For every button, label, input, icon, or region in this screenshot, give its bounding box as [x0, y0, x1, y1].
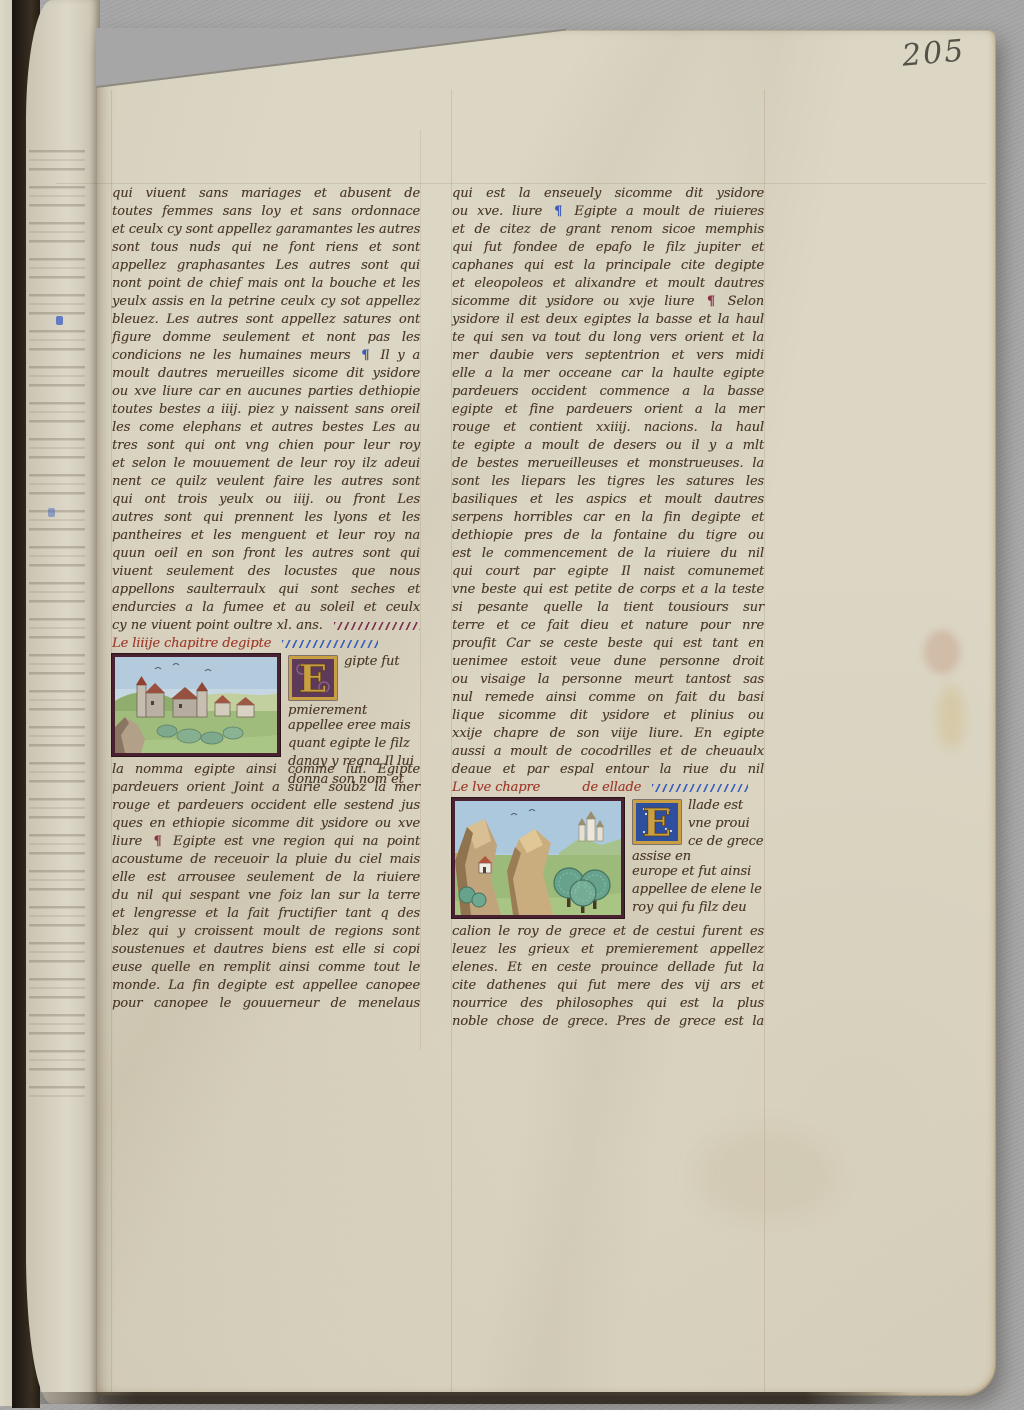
text-line: sont tous nuds qui ne font riens et sont: [112, 240, 420, 258]
text-line: les come elephans et autres bestes Les a…: [112, 420, 420, 438]
text-line: soustenues et dautres biens est elle si …: [112, 942, 420, 960]
column-text-block: la nomma egipte ainsi comme lui. Egiptep…: [112, 762, 420, 1014]
text-line: tres sont qui ont vng chien pour leur ro…: [112, 438, 420, 456]
miniature-egypt-frame: [112, 654, 280, 756]
text-line: du nil qui sespant vne foiz lan sur la t…: [112, 888, 420, 906]
line-filler-blue: [652, 784, 748, 792]
text-line: roy qui fu filz deu: [632, 900, 764, 918]
text-line: nourrice des philosophes qui est la plus: [452, 996, 764, 1014]
chapter-rubric: Le liiije chapitre degipte: [112, 636, 420, 654]
text-line: rouge et contient xxiiij. nacions. la ha…: [452, 420, 764, 438]
text-line: et de citez de grant renom sicoe memphis: [452, 222, 764, 240]
text-line: autres sont qui prennent les lyons et le…: [112, 510, 420, 528]
text-line: qui court par egipte Il naist comunemet: [452, 564, 764, 582]
text-line: moult dautres merueilles sicome dit ysid…: [112, 366, 420, 384]
text-line: blez qui y croissent moult de regions so…: [112, 924, 420, 942]
figure-row-ellade: E llade estvne prouice de grece assise e…: [452, 798, 764, 924]
text-line: vne beste qui est petite de corps et a l…: [452, 582, 764, 600]
text-line: pour canopee le gouuerneur de menelaus: [112, 996, 420, 1014]
text-line: endurcies a la fumee et au soleil et ceu…: [112, 600, 420, 618]
text-line: aussi a moult de cocodrilles et de cheua…: [452, 744, 764, 762]
text-line: nent ce quilz veulent faire les autres s…: [112, 474, 420, 492]
text-line: lique sicomme dit ysidore et plinius ou: [452, 708, 764, 726]
miniature-ellade-frame: [452, 798, 624, 918]
text-line: nont point de chief mais ont la bouche e…: [112, 276, 420, 294]
text-line: cy ne viuent point oultre xl. ans.: [112, 618, 420, 636]
text-line: quun oeil en son front les autres sont q…: [112, 546, 420, 564]
text-line: elle a la mer occeane car la haulte egip…: [452, 366, 764, 384]
text-line: sont les liepars les tigres les satures …: [452, 474, 764, 492]
capitulum-mark-blue: [48, 508, 55, 517]
text-line: ou xve. liure ¶ Egipte a moult de riuier…: [452, 204, 764, 222]
text-line: xxije chapre de son viije liure. En egip…: [452, 726, 764, 744]
text-line: elle est arrousee seulement de la riuier…: [112, 870, 420, 888]
chapter-rubric-row: Le lve chapre de ellade: [452, 780, 764, 798]
text-line: rouge et pardeuers occident elle sestend…: [112, 798, 420, 816]
column-text-block: qui est la enseuely sicomme dit ysidoreo…: [452, 186, 764, 780]
capitulum-mark-red: ¶: [707, 294, 715, 309]
text-line: terre et ce fait dieu et nature pour nre: [452, 618, 764, 636]
text-line: cite dathenes qui fut mere des vij ars e…: [452, 978, 764, 996]
text-line: te egipte a moult de desers ou il y a ml…: [452, 438, 764, 456]
text-line: acoustume de receuoir la pluie du ciel m…: [112, 852, 420, 870]
text-line: appellee de elene le: [632, 882, 764, 900]
illuminated-initial-E: E: [632, 799, 682, 845]
text-line: elenes. Et en ceste prouince dellade fut…: [452, 960, 764, 978]
text-line: toutes femmes sans loy et sans ordonnace: [112, 204, 420, 222]
text-line: deaue et par espal entour la riue du nil: [452, 762, 764, 780]
text-line: dethiopie pres de la fontaine du tigre o…: [452, 528, 764, 546]
manuscript-page: 205 qui viuent sans mariages et abusent …: [96, 30, 996, 1396]
text-line: sicomme dit ysidore ou xvje liure ¶ Selo…: [452, 294, 764, 312]
text-line: qui est la enseuely sicomme dit ysidore: [452, 186, 764, 204]
page-bottom-shadow: [30, 1392, 910, 1404]
text-line: est le commencement de la riuiere du nil: [452, 546, 764, 564]
svg-text:E: E: [299, 656, 328, 701]
capitulum-mark-blue: ¶: [554, 204, 562, 219]
folio-number: 205: [901, 33, 967, 73]
svg-text:E: E: [643, 800, 672, 845]
text-line: te qui sen va tout du long vers orient e…: [452, 330, 764, 348]
text-column-right: qui est la enseuely sicomme dit ysidoreo…: [452, 186, 764, 1032]
text-line: de bestes merueilleuses et monstrueuses.…: [452, 456, 764, 474]
parchment-stain: [938, 685, 964, 749]
text-line: serpens horribles car en la fin degipte …: [452, 510, 764, 528]
text-line: toutes bestes a iiij. piez y naissent sa…: [112, 402, 420, 420]
text-line: liure ¶ Egipte est vne region qui na poi…: [112, 834, 420, 852]
text-line: ou xve liure car en aucunes parties deth…: [112, 384, 420, 402]
text-line: appellons saulterraulx qui sont seches e…: [112, 582, 420, 600]
text-line: europe et fut ainsi: [632, 864, 764, 882]
text-line: calion le roy de grece et de cestui fure…: [452, 924, 764, 942]
ruling-line-vertical: [420, 130, 421, 1050]
chapter-rubric-row: Le liiije chapitre degipte: [112, 636, 420, 654]
capitulum-mark-blue: [56, 316, 63, 325]
text-line: qui viuent sans mariages et abusent de: [112, 186, 420, 204]
column-text-block: qui viuent sans mariages et abusent deto…: [112, 186, 420, 636]
text-line: pantheires et les menguent et leur roy n…: [112, 528, 420, 546]
previous-folio-ghost-text: [29, 150, 85, 1100]
text-line: euse quelle en remplit ainsi comme tout …: [112, 960, 420, 978]
manuscript-photo-scene: 205 qui viuent sans mariages et abusent …: [0, 0, 1024, 1410]
text-line: ou visaige la personne meurt tantost sas: [452, 672, 764, 690]
text-line: leuez les grieux et premierement appelle…: [452, 942, 764, 960]
text-line: yeulx assis en la petrine ceulx cy sot a…: [112, 294, 420, 312]
text-line: quant egipte le filz: [288, 736, 420, 754]
initial-side-column: E llade estvne prouice de grece assise e…: [632, 798, 764, 918]
text-line: nul remede ainsi comme on fait du basi: [452, 690, 764, 708]
text-line: proufit Car se ceste beste qui est tant …: [452, 636, 764, 654]
text-line: mer daubie vers septentrion et vers midi: [452, 348, 764, 366]
text-line: et selon le mouuement de leur roy ilz ad…: [112, 456, 420, 474]
text-line: et ceulx cy sont appellez garamantes les…: [112, 222, 420, 240]
text-line: pardeuers orient Joint a surie soubz la …: [112, 780, 420, 798]
text-column-left: qui viuent sans mariages et abusent deto…: [112, 186, 420, 1014]
previous-folio-edge: [26, 0, 100, 1404]
text-line: caphanes qui est la principale cite degi…: [452, 258, 764, 276]
text-line: noble chose de grece. Pres de grece est …: [452, 1014, 764, 1032]
text-line: viuent seulement des locustes que nous: [112, 564, 420, 582]
chapter-rubric: Le lve chapre de ellade: [452, 780, 764, 798]
ruling-line-horizontal: [56, 183, 986, 184]
figure-row-egypt: E gipte futpmierementappellee eree maisq…: [112, 654, 420, 762]
column-text-block: calion le roy de grece et de cestui fure…: [452, 924, 764, 1032]
text-line: et eleopoleos et alixandre et moult daut…: [452, 276, 764, 294]
text-line: qui fut fondee de epafo le filz jupiter …: [452, 240, 764, 258]
ruling-line-vertical: [764, 90, 765, 1392]
parchment-stain: [696, 1130, 836, 1220]
ink-stain: [924, 630, 960, 674]
illuminated-initial-E: E: [288, 655, 338, 701]
text-line: basiliques et les aspics et moult dautre…: [452, 492, 764, 510]
text-line: pardeuers occident commence a la basse: [452, 384, 764, 402]
line-filler-blue: [282, 640, 378, 648]
text-line: egipte et fine pardeuers orient a la mer: [452, 402, 764, 420]
text-line: qui ont trois yeulx ou iiij. ou front Le…: [112, 492, 420, 510]
capitulum-mark-blue: ¶: [361, 348, 369, 363]
text-line: condicions ne les humaines meurs ¶ Il y …: [112, 348, 420, 366]
text-line: ysidore il est deux egiptes la basse et …: [452, 312, 764, 330]
text-line: et lengresse et la fait fructifier tant …: [112, 906, 420, 924]
text-line: figure domme seulement et nont pas les: [112, 330, 420, 348]
text-line: si pesante quelle la tient tousiours sur: [452, 600, 764, 618]
text-line: bleuez. Les autres sont appellez satures…: [112, 312, 420, 330]
miniature-egypt-landscape: [115, 657, 277, 753]
miniature-ellade-landscape: [455, 801, 621, 915]
text-line: monde. La fin degipte est appellee canop…: [112, 978, 420, 996]
text-line: uenimee estoit veue dune personne droit: [452, 654, 764, 672]
capitulum-mark-red: ¶: [153, 834, 161, 849]
line-filler-red: [334, 622, 420, 630]
text-line: appellee eree mais: [288, 718, 420, 736]
text-line: appellez graphasantes Les autres sont qu…: [112, 258, 420, 276]
text-line: ques en ethiopie sicomme dit ysidore ou …: [112, 816, 420, 834]
